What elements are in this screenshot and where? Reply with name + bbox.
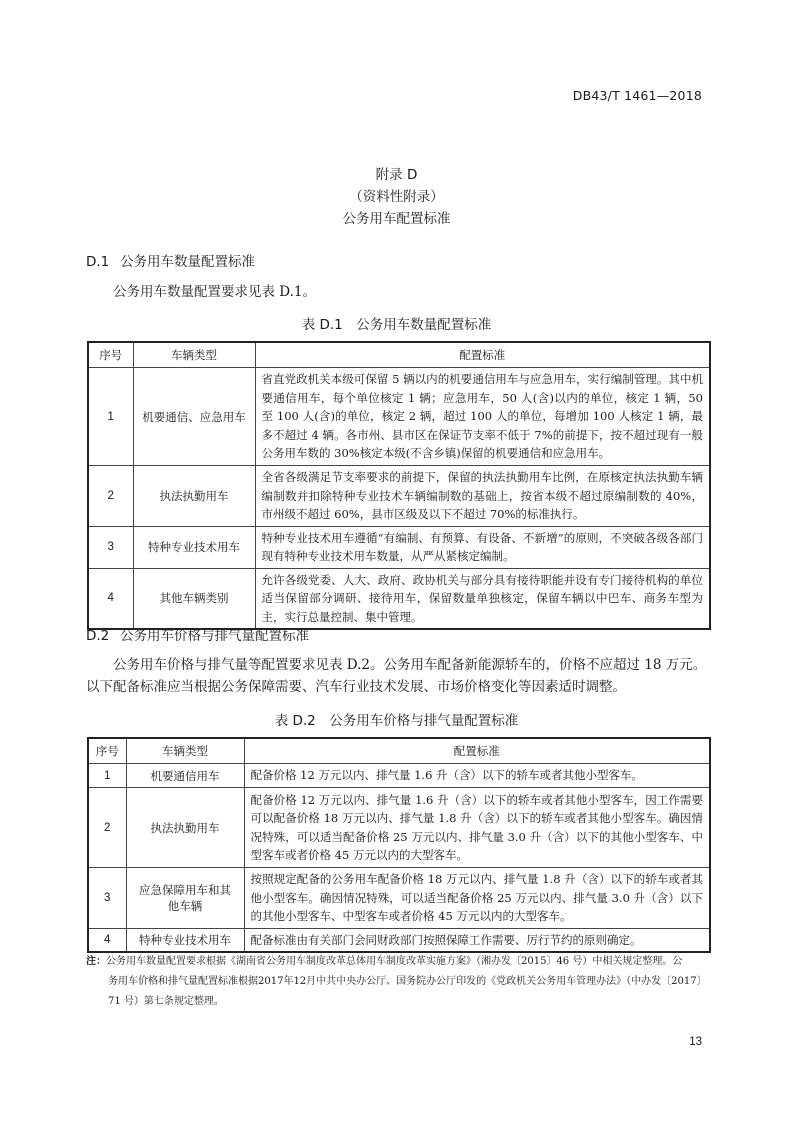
row-number: 2 (88, 788, 126, 868)
header-cell: 车辆类型 (126, 738, 244, 764)
vehicle-type: 应急保障用车和其他车辆 (126, 868, 244, 929)
section-paragraph-d2: 公务用车价格与排气量等配置要求见表 D.2。公务用车配备新能源轿车的，价格不应超… (86, 654, 711, 698)
config-standard: 省直党政机关本级可保留 5 辆以内的机要通信用车与应急用车，实行编制管理。其中机… (255, 368, 710, 466)
section-title: 公务用车数量配置标准 (120, 254, 255, 270)
appendix-subtitle: （资料性附录） (0, 185, 793, 205)
appendix-title: 附录 D (0, 163, 793, 183)
header-cell: 配置标准 (244, 738, 710, 764)
config-standard: 配备价格 12 万元以内、排气量 1.6 升（含）以下的轿车或者其他小型客车，因… (244, 788, 710, 868)
table-d1: 序号 车辆类型 配置标准 1 机要通信、应急用车 省直党政机关本级可保留 5 辆… (87, 341, 711, 630)
table-row: 1 机要通信、应急用车 省直党政机关本级可保留 5 辆以内的机要通信用车与应急用… (88, 368, 710, 466)
vehicle-type: 特种专业技术用车 (126, 928, 244, 952)
vehicle-type: 执法执勤用车 (133, 466, 255, 527)
row-number: 1 (88, 368, 133, 466)
config-standard: 允许各级党委、人大、政府、政协机关与部分具有接待职能并设有专门接待机构的单位适当… (255, 568, 710, 629)
section-number: D.1 (86, 254, 120, 270)
vehicle-type: 机要通信、应急用车 (133, 368, 255, 466)
table-note: 注：公务用车数量配置要求根据《湖南省公务用车制度改革总体用车制度改革实施方案》（… (86, 952, 711, 1012)
config-standard: 按照规定配备的公务用车配备价格 18 万元以内、排气量 1.8 升（含）以下的轿… (244, 868, 710, 929)
config-standard: 全省各级满足节支率要求的前提下，保留的执法执勤用车比例，在原核定执法执勤车辆编制… (255, 466, 710, 527)
page-number: 13 (689, 1036, 702, 1048)
header-cell: 配置标准 (255, 342, 710, 368)
row-number: 2 (88, 466, 133, 527)
vehicle-type: 其他车辆类别 (133, 568, 255, 629)
row-number: 3 (88, 526, 133, 568)
note-label: 注： (86, 956, 106, 967)
document-id: DB43/T 1461—2018 (573, 88, 702, 103)
vehicle-type: 执法执勤用车 (126, 788, 244, 868)
table-header-row: 序号 车辆类型 配置标准 (88, 342, 710, 368)
table-row: 1 机要通信用车 配备价格 12 万元以内、排气量 1.6 升（含）以下的轿车或… (88, 764, 710, 788)
section-paragraph-d1: 公务用车数量配置要求见表 D.1。 (86, 281, 711, 303)
config-standard: 特种专业技术用车遵循“有编制、有预算、有设备、不新增”的原则，不突破各级各部门现… (255, 526, 710, 568)
table-d2: 序号 车辆类型 配置标准 1 机要通信用车 配备价格 12 万元以内、排气量 1… (87, 737, 711, 953)
table-row: 4 特种专业技术用车 配备标准由有关部门会同财政部门按照保障工作需要、厉行节约的… (88, 928, 710, 952)
section-heading-d2: D.2公务用车价格与排气量配置标准 (86, 624, 309, 644)
header-cell: 车辆类型 (133, 342, 255, 368)
table-header-row: 序号 车辆类型 配置标准 (88, 738, 710, 764)
section-number: D.2 (86, 628, 120, 644)
row-number: 4 (88, 928, 126, 952)
table-row: 3 应急保障用车和其他车辆 按照规定配备的公务用车配备价格 18 万元以内、排气… (88, 868, 710, 929)
table-caption-d1: 表 D.1 公务用车数量配置标准 (0, 313, 793, 333)
vehicle-type: 机要通信用车 (126, 764, 244, 788)
table-row: 2 执法执勤用车 配备价格 12 万元以内、排气量 1.6 升（含）以下的轿车或… (88, 788, 710, 868)
table-row: 4 其他车辆类别 允许各级党委、人大、政府、政协机关与部分具有接待职能并设有专门… (88, 568, 710, 629)
note-line-2: 务用车价格和排气量配置标准根据2017年12月中共中央办公厅、国务院办公厅印发的… (86, 972, 711, 992)
header-cell: 序号 (88, 738, 126, 764)
row-number: 1 (88, 764, 126, 788)
vehicle-type: 特种专业技术用车 (133, 526, 255, 568)
config-standard: 配备价格 12 万元以内、排气量 1.6 升（含）以下的轿车或者其他小型客车。 (244, 764, 710, 788)
section-title: 公务用车价格与排气量配置标准 (120, 628, 309, 644)
row-number: 4 (88, 568, 133, 629)
note-line-1: 公务用车数量配置要求根据《湖南省公务用车制度改革总体用车制度改革实施方案》（湘办… (106, 956, 682, 967)
note-line-3: 71 号）第七条规定整理。 (86, 992, 711, 1012)
config-standard: 配备标准由有关部门会同财政部门按照保障工作需要、厉行节约的原则确定。 (244, 928, 710, 952)
appendix-name: 公务用车配置标准 (0, 207, 793, 227)
section-heading-d1: D.1公务用车数量配置标准 (86, 250, 255, 270)
table-row: 2 执法执勤用车 全省各级满足节支率要求的前提下，保留的执法执勤用车比例，在原核… (88, 466, 710, 527)
row-number: 3 (88, 868, 126, 929)
table-row: 3 特种专业技术用车 特种专业技术用车遵循“有编制、有预算、有设备、不新增”的原… (88, 526, 710, 568)
header-cell: 序号 (88, 342, 133, 368)
table-caption-d2: 表 D.2 公务用车价格与排气量配置标准 (0, 709, 793, 729)
